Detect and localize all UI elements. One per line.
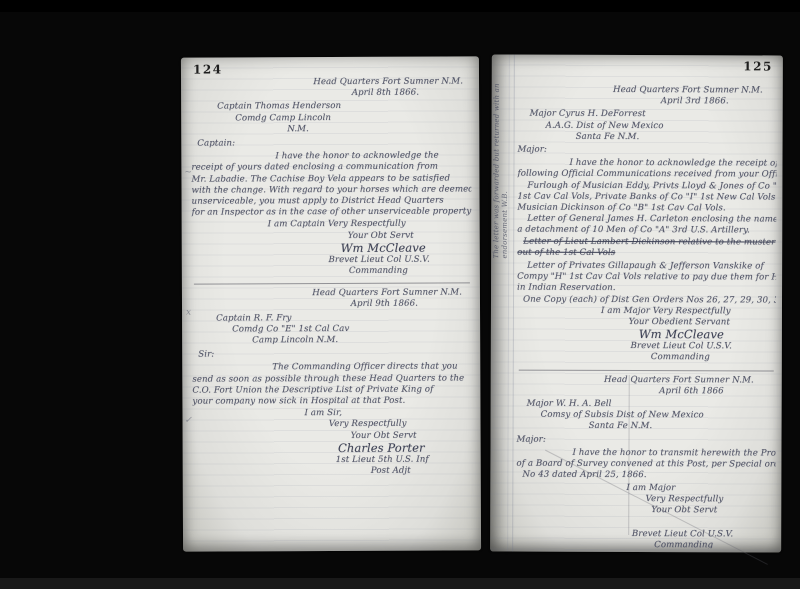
manuscript-line: Brevet Lieut Col U.S.V. [517,341,732,353]
manuscript-line: Head Quarters Fort Sumner N.M. [191,76,463,88]
page-left-text: Head Quarters Fort Sumner N.M.April 8th … [191,76,473,547]
scan-frame-top [0,0,800,12]
manuscript-line: Head Quarters Fort Sumner N.M. [192,288,462,300]
manuscript-line: Commanding [516,540,713,549]
manuscript-line: No 43 dated April 25, 1866. [522,470,775,482]
margin-marks: ~x✓ [181,56,479,57]
manuscript-line: One Copy (each) of Dist Gen Orders Nos 2… [523,294,776,306]
manuscript-line: Charles Porter [193,441,425,455]
manuscript-line: Major: [517,434,776,446]
manuscript-line: Wm McCleave [192,241,426,255]
manuscript-line: receipt of yours dated enclosing a commu… [191,162,471,174]
margin-mark: x [186,308,191,318]
manuscript-line: I have the honor to transmit herewith th… [572,448,775,460]
margin-annotation: The letter was forwarded but returned wi… [492,78,512,258]
manuscript-line: Santa Fe N.M. [576,132,777,144]
ledger-page-left: 124 ~x✓ Head Quarters Fort Sumner N.M.Ap… [181,56,481,551]
manuscript-line: following Official Communications receiv… [517,169,776,181]
manuscript-line: April 8th 1866. [191,88,419,100]
page-number-right: 125 [743,59,773,73]
manuscript-line: Head Quarters Fort Sumner N.M. [518,85,763,97]
manuscript-line: for an Inspector as in the case of other… [192,207,472,219]
manuscript-line: April 6th 1866 [517,385,724,397]
margin-rule [512,55,515,552]
manuscript-line: Captain: [197,137,471,149]
manuscript-line: Santa Fe N.M. [589,421,776,433]
manuscript-line: 1st Cav Cal Vols, Private Banks of Co "I… [517,191,776,203]
ledger-page-right: 125 The letter was forwarded but returne… [490,54,783,552]
manuscript-line: Major: [518,145,777,157]
page-right-text: Head Quarters Fort Sumner N.M.April 3rd … [516,85,777,549]
manuscript-line: April 3rd 1866. [518,96,729,108]
manuscript-line: your company now sick in Hospital at tha… [192,395,472,407]
section-divider [194,283,470,285]
manuscript-line: Sir: [198,349,472,361]
section-divider [519,369,774,371]
manuscript-line: April 9th 1866. [192,299,418,311]
manuscript-line: Commanding [192,266,408,278]
manuscript-line: I am Captain Very Respectfully [268,219,472,231]
manuscript-line: N.M. [287,123,471,135]
manuscript-line: Furlough of Musician Eddy, Privts Lloyd … [527,180,776,192]
manuscript-line: Your Obt Servt [516,504,717,516]
manuscript-line: Post Adjt [193,466,411,478]
manuscript-line: a detachment of 10 Men of Co "A" 3rd U.S… [517,225,776,237]
microfilm-scan-view: { "colors": { "background": "#070707", "… [0,0,800,589]
manuscript-line: in Indian Reservation. [517,283,776,295]
manuscript-line: A.A.G. Dist of New Mexico [546,120,777,132]
manuscript-line: Commanding [517,352,710,364]
manuscript-line: Letter of Lieut Lambert Dickinson relati… [523,236,776,248]
manuscript-line: I am Major [626,482,775,494]
manuscript-line: I am Major Very Respectfully [601,306,776,318]
manuscript-line: out of the 1st Cal Vols [517,247,776,259]
manuscript-line: Head Quarters Fort Sumner N.M. [517,374,754,386]
margin-mark: ✓ [184,416,192,426]
manuscript-line: Wm McCleave [517,328,724,342]
manuscript-line: Major Cyrus H. DeForrest [530,109,777,121]
manuscript-line: Camp Lincoln N.M. [252,334,472,346]
manuscript-line: Comsy of Subsis Dist of New Mexico [541,410,776,422]
manuscript-line: Very Respectfully [516,493,723,505]
scan-frame-bottom [0,578,800,589]
manuscript-line: Very Respectfully [193,419,407,431]
manuscript-line: The Commanding Officer directs that you [272,362,472,374]
manuscript-line: Brevet Lieut Col U.S.V. [516,529,733,541]
page-number-left: 124 [193,62,223,76]
manuscript-line: C.O. Fort Union the Descriptive List of … [192,384,472,396]
